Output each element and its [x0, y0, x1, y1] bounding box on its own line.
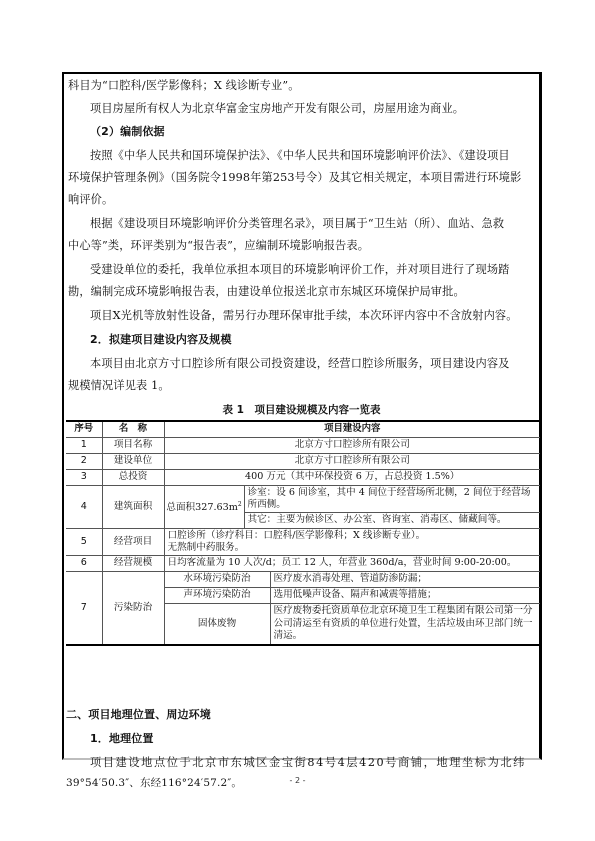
- basis-paragraph-1-line-3: 响评价。: [68, 193, 535, 207]
- table-caption: 表 1 项目建设规模及内容一览表: [64, 402, 539, 417]
- header-name: 名 称: [102, 421, 164, 438]
- basis-paragraph-3-line-2: 勘，编制完成环境影响报告表，由建设单位报送北京市东城区环境保护局审批。: [68, 285, 535, 299]
- basis-paragraph-1-line-2: 环境保护管理条例》（国务院令1998年第253号令）及其它相关规定，本项目需进行…: [68, 171, 535, 185]
- section-2-heading: 二、项目地理位置、周边环境: [66, 708, 535, 722]
- location-heading: 1．地理位置: [68, 732, 535, 746]
- header-content: 项目建设内容: [164, 421, 540, 438]
- text-line: 科目为“口腔科/医学影像科；X 线诊断专业”。: [68, 79, 535, 93]
- basis-paragraph-2-line-1: 根据《建设项目环境影响评价分类管理名录》，项目属于“卫生站（所）、血站、急救: [68, 217, 535, 231]
- owner-paragraph: 项目房屋所有权人为北京华富金宝房地产开发有限公司，房屋用途为商业。: [68, 102, 535, 116]
- table-row: 1 项目名称 北京方寸口腔诊所有限公司: [66, 438, 540, 454]
- basis-paragraph-4: 项目X光机等放射性设备，需另行办理环保审批手续，本次环评内容中不含放射内容。: [68, 309, 535, 323]
- content-frame: 科目为“口腔科/医学影像科；X 线诊断专业”。 项目房屋所有权人为北京华富金宝房…: [62, 72, 542, 760]
- table-row: 7 污染防治 水环境污染防治 医疗废水消毒处理、管道防渗防漏；: [66, 572, 540, 588]
- scope-heading: 2．拟建项目建设内容及规模: [68, 333, 535, 347]
- table-row: 6 经营规模 日均客流量为 10 人次/d；员工 12 人，年营业 360d/a…: [66, 556, 540, 572]
- table-row: 2 建设单位 北京方寸口腔诊所有限公司: [66, 454, 540, 470]
- scope-paragraph-line-1: 本项目由北京方寸口腔诊所有限公司投资建设，经营口腔诊所服务，项目建设内容及: [68, 357, 535, 371]
- header-no: 序号: [66, 421, 102, 438]
- table-row: 3 总投资 400 万元（其中环保投资 6 万，占总投资 1.5%）: [66, 470, 540, 486]
- basis-heading: （2）编制依据: [68, 125, 535, 139]
- project-scope-table: 序号 名 称 项目建设内容 1 项目名称 北京方寸口腔诊所有限公司 2 建设单位…: [66, 420, 540, 646]
- location-paragraph-line-1: 项目建设地点位于北京市东城区金宝街84号4层420号商铺，地理坐标为北纬: [68, 756, 535, 770]
- basis-paragraph-1-line-1: 按照《中华人民共和国环境保护法》、《中华人民共和国环境影响评价法》、《建设项目: [68, 149, 535, 163]
- table-row: 4 建筑面积 总面积327.63m2 诊室：设 6 间诊室，其中 4 间位于经营…: [66, 486, 540, 513]
- basis-paragraph-2-line-2: 中心等”类，环评类别为“报告表”，应编制环境影响报告表。: [68, 239, 535, 253]
- table-header-row: 序号 名 称 项目建设内容: [66, 421, 540, 438]
- table-row: 5 经营项目 口腔诊所（诊疗科目：口腔科/医学影像科；X 线诊断专业）。 无熬制…: [66, 529, 540, 556]
- page-number: - 2 -: [0, 776, 595, 785]
- basis-paragraph-3-line-1: 受建设单位的委托，我单位承担本项目的环境影响评价工作，并对项目进行了现场踏: [68, 263, 535, 277]
- scope-paragraph-line-2: 规模情况详见表 1。: [68, 379, 535, 393]
- area-cell: 总面积327.63m2: [164, 486, 244, 529]
